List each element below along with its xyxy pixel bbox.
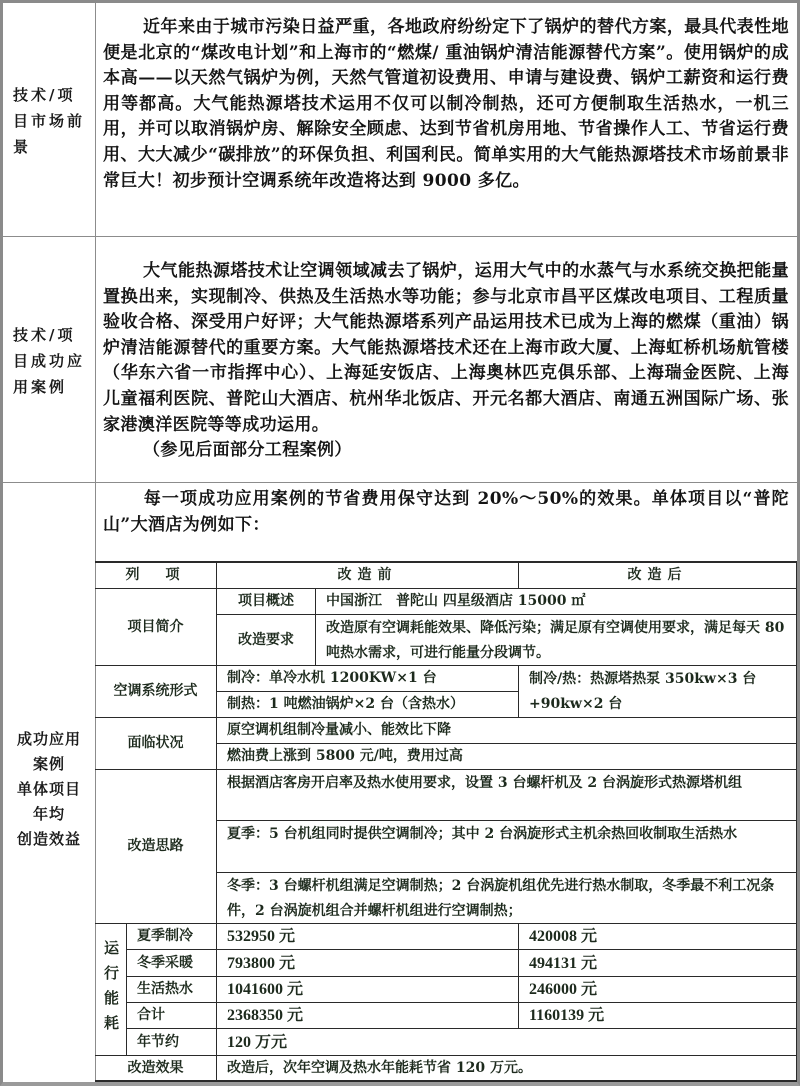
label-line: 用案例 <box>13 374 95 400</box>
section-label-success-cases: 技术/项 目成功应 用案例 <box>3 322 95 400</box>
ac-system-label: 空调系统形式 <box>95 666 217 718</box>
approach-item-1: 根据酒店客房开启率及热水使用要求，设置 3 台螺杆机及 2 台涡旋形式热源塔机组 <box>217 770 797 821</box>
label-line: 技术/项 <box>13 322 95 348</box>
header-before: 改造前 <box>217 562 519 589</box>
label-line: 目市场前 <box>13 108 95 134</box>
label-line: 单体项目 <box>3 777 95 802</box>
label-line: 年均 <box>3 802 95 827</box>
benefit-intro-paragraph: 每一项成功应用案例的节省费用保守达到 20%～50%的效果。单体项目以“普陀山”… <box>103 487 789 538</box>
energy-row-value-annual-saving: 120 万元 <box>217 1029 797 1056</box>
energy-row-before-total: 2368350 元 <box>217 1003 519 1029</box>
success-cases-text: 大气能热源塔技术让空调领域减去了锅炉，运用大气中的水蒸气与水系统交换把能量置换出… <box>103 261 789 435</box>
label-line: 创造效益 <box>3 827 95 852</box>
case-reference-note: （参见后面部分工程案例） <box>103 438 789 464</box>
situation-label: 面临状况 <box>95 718 217 770</box>
label-line: 成功应用 <box>3 727 95 752</box>
situation-item-2: 燃油费上涨到 5800 元/吨，费用过高 <box>217 744 797 770</box>
energy-row-before-winter: 793800 元 <box>217 950 519 977</box>
ac-before-cooling: 制冷：单冷水机 1200KW×1 台 <box>217 666 519 692</box>
label-line: 技术/项 <box>13 82 95 108</box>
energy-row-label-hotwater: 生活热水 <box>127 977 217 1003</box>
label-line: 景 <box>13 134 95 160</box>
energy-row-before-summer: 532950 元 <box>217 924 519 950</box>
energy-row-after-winter: 494131 元 <box>519 950 797 977</box>
effect-label: 改造效果 <box>95 1056 217 1082</box>
approach-label: 改造思路 <box>95 770 217 924</box>
energy-row-label-winter: 冬季采暖 <box>127 950 217 977</box>
requirement-label: 改造要求 <box>217 615 316 666</box>
energy-label: 运行能耗 <box>95 924 127 1056</box>
row-divider-1 <box>3 236 797 237</box>
label-line: 案例 <box>3 752 95 777</box>
energy-row-label-summer: 夏季制冷 <box>127 924 217 950</box>
approach-item-2: 夏季：5 台机组同时提供空调制冷；其中 2 台涡旋形式主机余热回收制取生活热水 <box>217 821 797 873</box>
label-line: 目成功应 <box>13 348 95 374</box>
row-divider-2 <box>3 482 797 483</box>
energy-row-label-total: 合计 <box>127 1003 217 1029</box>
ac-after: 制冷/热：热源塔热泵 350kw×3 台+90kw×2 台 <box>519 666 797 718</box>
energy-row-after-hotwater: 246000 元 <box>519 977 797 1003</box>
header-item: 列 项 <box>95 562 217 589</box>
success-cases-paragraph: 大气能热源塔技术让空调领域减去了锅炉，运用大气中的水蒸气与水系统交换把能量置换出… <box>103 259 789 464</box>
energy-row-label-annual-saving: 年节约 <box>127 1029 217 1056</box>
energy-row-after-total: 1160139 元 <box>519 1003 797 1029</box>
market-prospect-text: 近年来由于城市污染日益严重，各地政府纷纷定下了锅炉的替代方案，最具代表性地便是北… <box>103 17 789 191</box>
project-intro-label: 项目简介 <box>95 589 217 666</box>
ac-before-heating: 制热：1 吨燃油锅炉×2 台（含热水） <box>217 692 519 718</box>
benefit-intro-text: 每一项成功应用案例的节省费用保守达到 20%～50%的效果。单体项目以“普陀山”… <box>103 489 789 535</box>
effect-value: 改造后，次年空调及热水年能耗节省 120 万元。 <box>217 1056 797 1082</box>
overview-value: 中国浙江 普陀山 四星级酒店 15000 ㎡ <box>316 589 797 615</box>
energy-label-text: 运行能耗 <box>98 940 123 1040</box>
section-label-annual-benefit: 成功应用 案例 单体项目 年均 创造效益 <box>3 727 95 852</box>
energy-row-after-summer: 420008 元 <box>519 924 797 950</box>
section-label-market-prospect: 技术/项 目市场前 景 <box>3 82 95 160</box>
requirement-value: 改造原有空调耗能效果、降低污染；满足原有空调使用要求，满足每天 80 吨热水需求… <box>316 615 797 666</box>
header-after: 改造后 <box>519 562 797 589</box>
energy-row-before-hotwater: 1041600 元 <box>217 977 519 1003</box>
situation-item-1: 原空调机组制冷量减小、能效比下降 <box>217 718 797 744</box>
approach-item-3: 冬季：3 台螺杆机组满足空调制热；2 台涡旋机组优先进行热水制取，冬季最不利工况… <box>217 873 797 924</box>
market-prospect-paragraph: 近年来由于城市污染日益严重，各地政府纷纷定下了锅炉的替代方案，最具代表性地便是北… <box>103 15 789 194</box>
overview-label: 项目概述 <box>217 589 316 615</box>
